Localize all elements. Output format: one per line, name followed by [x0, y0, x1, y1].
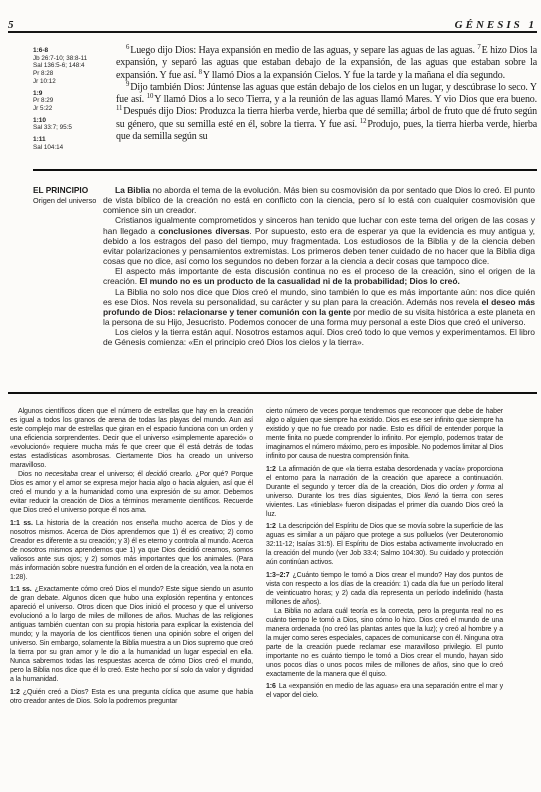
cross-reference-label: 1:6-8	[33, 47, 113, 55]
section-heading: EL PRINCIPIO Origen del universo	[33, 186, 105, 205]
text-segment: La descripción del Espíritu de Dios que …	[266, 523, 503, 566]
verse-number: 9	[126, 81, 129, 88]
commentary-paragraph: El aspecto más importante de esta discus…	[103, 266, 535, 286]
cross-reference-line: Pr 8:28	[33, 70, 113, 78]
cross-reference-group: 1:6-8 Jb 26:7-10; 38:8-11 Sal 136:5-6; 1…	[33, 47, 113, 86]
section-title: EL PRINCIPIO	[33, 186, 105, 196]
text-segment: Dios no	[18, 471, 45, 478]
commentary-paragraph: La Biblia no solo nos dice que Dios creó…	[103, 287, 535, 328]
scripture-paragraph: 9Dijo también Dios: Júntense las aguas q…	[116, 82, 537, 143]
text-segment: crear el universo; él	[78, 471, 146, 478]
text-segment: llenó	[424, 493, 438, 500]
note-paragraph: 1:2La descripción del Espíritu de Dios q…	[266, 522, 503, 567]
cross-reference-line: Jb 26:7-10; 38:8-11	[33, 55, 113, 63]
verse-number: 11	[116, 105, 122, 112]
text-segment: Luego dijo Dios: Haya expansión en medio…	[130, 45, 477, 56]
note-paragraph: 1:1 ss.La historia de la creación nos en…	[10, 519, 253, 582]
text-segment: decidió	[146, 471, 167, 478]
verse-number: 7	[477, 44, 480, 51]
note-paragraph: 1:3–2:7¿Cuánto tiempo le tomó a Dios cre…	[266, 571, 503, 607]
notes-left-column: Algunos científicos dicen que el número …	[10, 407, 253, 706]
text-segment: La Biblia	[115, 185, 150, 195]
notes-right-column: cierto número de veces porque tendremos …	[266, 407, 503, 700]
text-segment: La «expansión en medio de las aguas» era…	[266, 683, 503, 699]
cross-reference-line: Sal 33:7; 95:5	[33, 124, 113, 132]
text-segment: 1:1 ss.	[10, 586, 32, 593]
section-subtitle: Origen del universo	[33, 196, 105, 205]
text-segment: cierto número de veces porque tendremos …	[266, 408, 503, 460]
note-paragraph: cierto número de veces porque tendremos …	[266, 407, 503, 461]
verse-number: 12	[360, 118, 367, 125]
note-paragraph: Algunos científicos dicen que el número …	[10, 407, 253, 470]
cross-reference-group: 1:11 Sal 104:14	[33, 136, 113, 151]
cross-reference-line: Pr 8:29	[33, 97, 113, 105]
note-paragraph: 1:1 ss.¿Exactamente cómo creó Dios el mu…	[10, 585, 253, 684]
page-header: 5 GÉNESIS 1	[8, 18, 537, 31]
text-segment: ¿Quién creó a Dios? Esta es una pregunta…	[10, 689, 253, 705]
text-segment: 1:3–2:7	[266, 572, 289, 579]
text-segment: 1:2	[10, 689, 20, 696]
note-paragraph: 1:6La «expansión en medio de las aguas» …	[266, 682, 503, 700]
note-paragraph: La Biblia no aclara cuál teoría es la co…	[266, 607, 503, 679]
cross-reference-label: 1:11	[33, 136, 113, 144]
text-segment: 1:6	[266, 683, 276, 690]
page-number: 5	[8, 19, 14, 31]
text-segment: necesitaba	[45, 471, 78, 478]
book-title: GÉNESIS 1	[455, 19, 537, 31]
cross-reference-label: 1:9	[33, 90, 113, 98]
text-segment: 1:1 ss.	[10, 520, 33, 527]
verse-number: 8	[199, 69, 202, 76]
bible-page: 5 GÉNESIS 1 1:6-8 Jb 26:7-10; 38:8-11 Sa…	[0, 0, 541, 792]
cross-reference-label: 1:10	[33, 117, 113, 125]
verse-number: 6	[126, 44, 129, 51]
header-rule	[8, 31, 537, 33]
note-paragraph: 1:2¿Quién creó a Dios? Esta es una pregu…	[10, 688, 253, 706]
text-segment: Y llamó Dios a lo seco Tierra, y a la re…	[154, 94, 537, 105]
section-commentary: La Biblia no aborda el tema de la evoluc…	[103, 185, 535, 348]
text-segment: La Biblia no solo nos dice que Dios creó…	[103, 287, 535, 307]
cross-reference-line: Jr 5:22	[33, 105, 113, 113]
text-segment: Algunos científicos dicen que el número …	[10, 408, 253, 469]
commentary-paragraph: Cristianos igualmente comprometidos y si…	[103, 215, 535, 266]
cross-reference-line: Jr 10:12	[33, 78, 113, 86]
note-paragraph: 1:2La afirmación de que «la tierra estab…	[266, 465, 503, 519]
text-segment: no aborda el tema de la evolución. Más b…	[103, 185, 535, 215]
text-segment: Y llamó Dios a la expansión Cielos. Y fu…	[203, 70, 505, 81]
text-segment: ¿Exactamente cómo creó Dios el mundo? Es…	[10, 586, 253, 683]
text-segment: 1:2	[266, 466, 276, 473]
cross-reference-column: 1:6-8 Jb 26:7-10; 38:8-11 Sal 136:5-6; 1…	[33, 47, 113, 155]
text-segment: La historia de la creación nos enseña mu…	[10, 520, 253, 581]
cross-reference-line: Sal 136:5-6; 148:4	[33, 62, 113, 70]
commentary-paragraph: La Biblia no aborda el tema de la evoluc…	[103, 185, 535, 215]
note-paragraph: Dios no necesitaba crear el universo; él…	[10, 470, 253, 515]
cross-reference-line: Sal 104:14	[33, 144, 113, 152]
text-segment: 1:2	[266, 523, 276, 530]
verse-number: 10	[147, 93, 154, 100]
notes-divider-rule	[8, 392, 537, 394]
commentary-paragraph: Los cielos y la tierra están aquí. Nosot…	[103, 327, 535, 347]
cross-reference-group: 1:9 Pr 8:29 Jr 5:22	[33, 90, 113, 113]
text-segment: El mundo no es un producto de la casuali…	[139, 276, 459, 286]
text-segment: ¿Cuánto tiempo le tomó a Dios crear el m…	[266, 572, 503, 606]
scripture-text: 6Luego dijo Dios: Haya expansión en medi…	[116, 45, 537, 143]
text-segment: orden y forma	[450, 484, 495, 491]
text-segment: Los cielos y la tierra están aquí. Nosot…	[103, 327, 535, 347]
scripture-paragraph: 6Luego dijo Dios: Haya expansión en medi…	[116, 45, 537, 82]
scripture-divider-rule	[33, 169, 537, 171]
cross-reference-group: 1:10 Sal 33:7; 95:5	[33, 117, 113, 132]
text-segment: La Biblia no aclara cuál teoría es la co…	[266, 608, 503, 678]
text-segment: conclusiones diversas	[158, 226, 249, 236]
